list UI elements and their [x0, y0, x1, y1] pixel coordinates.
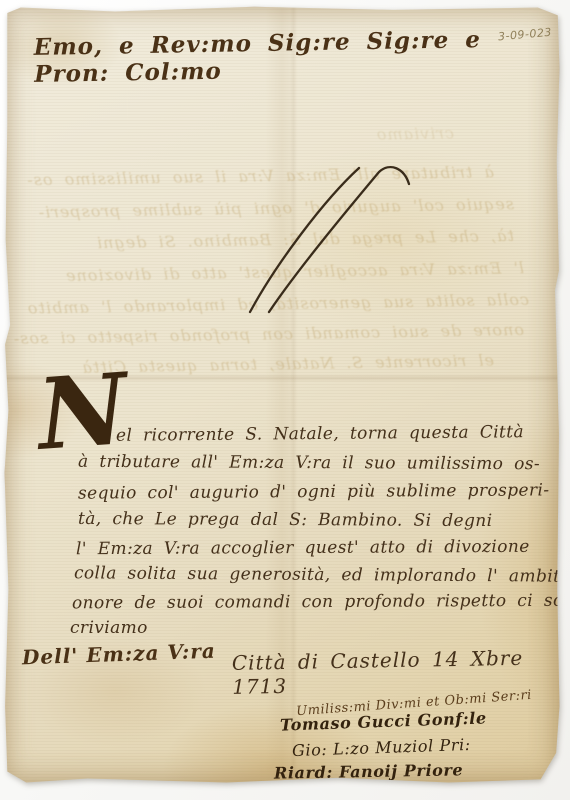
body-line: à tributare all' Em:za V:ra il suo umili…: [78, 452, 540, 474]
body-line: sequio col' augurio d' ogni più sublime …: [78, 480, 550, 503]
drop-cap-initial: N: [35, 361, 131, 465]
closing-address: Dell' Em:za V:ra: [22, 639, 217, 670]
catalog-number: 3-09-023: [498, 26, 553, 44]
body-line: colla solita sua generosità, ed imploran…: [74, 563, 570, 586]
body-line: el ricorrente S. Natale, torna questa Ci…: [116, 422, 524, 446]
bleed-through-text: onore de suoi comandi con profondo rispe…: [74, 320, 524, 347]
body-line: criviamo: [70, 618, 148, 638]
double-slash-mark: [236, 154, 414, 322]
signature: Gio: L:zo Muziol Pri:: [292, 735, 471, 760]
body-line: tà, che Le prega dal S: Bambino. Si degn…: [78, 509, 493, 531]
bleed-through-text: criviamo: [154, 123, 454, 147]
letter-paper: à tributare all' Em:za V:ra il suo umili…: [4, 6, 560, 784]
signature: Riard: Fanoij Priore: [274, 760, 464, 782]
letter-paper-wrapper: à tributare all' Em:za V:ra il suo umili…: [4, 6, 560, 784]
salutation-line: Emo, e Rev:mo Sig:re Sig:re e Pron: Col:…: [34, 26, 485, 88]
body-line: l' Em:za V:ra accoglier quest' atto di d…: [76, 537, 530, 559]
bleed-through-text: el ricorrente S. Natale, torna questa Ci…: [114, 351, 494, 377]
body-line: onore de suoi comandi con profondo rispe…: [72, 591, 570, 614]
